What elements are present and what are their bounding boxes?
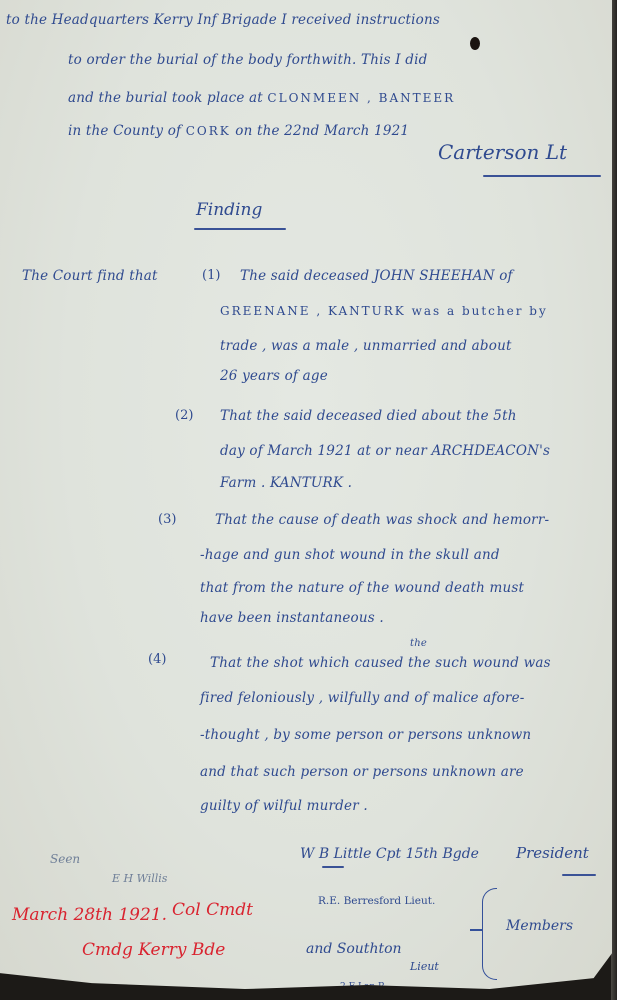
red-annotation-date: March 28th 1921. xyxy=(12,905,167,925)
county-name: CORK xyxy=(186,124,231,138)
president-initials-underline xyxy=(322,866,344,868)
finding-2-line-1: That the said deceased died about the 5t… xyxy=(220,408,517,424)
president-signature: W B Little Cpt 15th Bgde xyxy=(300,846,479,862)
pencil-initials: E H Willis xyxy=(112,872,167,885)
finding-1-number: (1) xyxy=(202,268,220,283)
court-intro: The Court find that xyxy=(22,268,158,284)
preamble-line-1: to the Headquarters Kerry Inf Brigade I … xyxy=(6,12,440,28)
finding-4-line-5: guilty of wilful murder . xyxy=(200,798,368,814)
preamble-line-4: in the County of CORK on the 22nd March … xyxy=(68,123,409,139)
document-sheet: to the Headquarters Kerry Inf Brigade I … xyxy=(0,0,612,993)
finding-2-line-3: Farm . KANTURK . xyxy=(220,475,352,491)
red-annotation-command: Cmdg Kerry Bde xyxy=(82,940,225,960)
preamble-line-3-text: and the burial took place at xyxy=(68,90,263,106)
finding-2-number: (2) xyxy=(175,408,193,423)
red-annotation-rank: Col Cmdt xyxy=(172,900,253,920)
finding-4-line-4: and that such person or persons unknown … xyxy=(200,764,524,780)
members-brace xyxy=(482,888,497,980)
finding-3-line-3: that from the nature of the wound death … xyxy=(200,580,524,596)
finding-4-line-3: -thought , by some person or persons unk… xyxy=(200,727,531,743)
preamble-line-4-text: in the County of xyxy=(68,123,181,139)
finding-3-number: (3) xyxy=(158,512,176,527)
finding-4-line-1: That the shot which caused the such woun… xyxy=(210,655,551,671)
finding-1-line-4: 26 years of age xyxy=(220,368,328,384)
member-2-rank: Lieut xyxy=(410,960,439,973)
officer-signature: Carterson Lt xyxy=(438,140,567,164)
member-1-signature: R.E. Berresford Lieut. xyxy=(318,895,435,907)
finding-4-insertion: the xyxy=(410,638,427,649)
heading-underline xyxy=(194,228,286,230)
unit-designation: 2 E Lan R xyxy=(340,982,385,992)
president-role: President xyxy=(516,844,589,862)
president-role-underline xyxy=(562,874,596,876)
pencil-seen: Seen xyxy=(50,852,80,866)
preamble-line-2: to order the burial of the body forthwit… xyxy=(68,52,427,68)
burial-place: CLONMEEN , BANTEER xyxy=(267,91,455,105)
finding-3-line-2: -hage and gun shot wound in the skull an… xyxy=(200,547,500,563)
finding-4-number: (4) xyxy=(148,652,166,667)
finding-1-line-2: GREENANE , KANTURK was a butcher by xyxy=(220,304,548,318)
finding-3-line-4: have been instantaneous . xyxy=(200,610,384,626)
members-role: Members xyxy=(506,918,573,934)
member-2-signature: and Southton xyxy=(306,941,402,957)
preamble-date: on the 22nd March 1921 xyxy=(235,123,409,139)
members-brace-tip xyxy=(470,929,482,931)
finding-4-line-2: fired feloniously , wilfully and of mali… xyxy=(200,690,525,706)
finding-1-line-3: trade , was a male , unmarried and about xyxy=(220,338,512,354)
punch-hole xyxy=(470,37,480,50)
finding-2-line-2: day of March 1921 at or near ARCHDEACON'… xyxy=(220,443,550,459)
signature-underline xyxy=(483,175,601,177)
finding-1-line-1: The said deceased JOHN SHEEHAN of xyxy=(240,268,513,284)
preamble-line-3: and the burial took place at CLONMEEN , … xyxy=(68,90,455,106)
finding-heading: Finding xyxy=(196,200,262,220)
finding-3-line-1: That the cause of death was shock and he… xyxy=(215,512,549,528)
